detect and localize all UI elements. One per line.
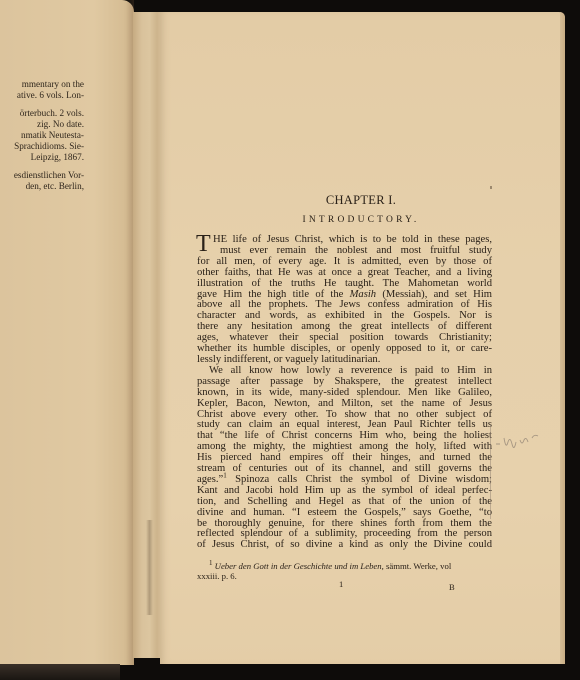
left-page-bottom-shadow <box>0 664 120 680</box>
text-fragment: Spinoza calls Christ the symbol of Divin… <box>227 474 492 485</box>
body-text: T HE life of Jesus Christ, which is to b… <box>197 235 492 551</box>
drop-cap: T <box>196 233 211 255</box>
left-line: zig. No date. <box>0 119 84 130</box>
footnote-title: Ueber den Gott in der Geschichte und im … <box>215 561 384 571</box>
pencil-margin-line <box>490 424 491 519</box>
left-line: Sprachidioms. Sie- <box>0 141 84 152</box>
chapter-title: CHAPTER I. <box>190 193 532 208</box>
text-line: Kepler, Bacon, Newton, and Milton, set t… <box>197 399 492 410</box>
handwritten-annotation-icon <box>494 430 544 460</box>
footnote-line: xxxiii. p. 6. <box>197 571 492 581</box>
text-line: other faiths, that He was at once a grea… <box>197 268 492 279</box>
left-line: mmentary on the <box>0 79 84 90</box>
chapter-subtitle: INTRODUCTORY. <box>190 215 532 225</box>
spacer <box>0 163 84 170</box>
left-page: mmentary on the ative. 6 vols. Lon- örte… <box>0 0 134 665</box>
right-page-edge <box>560 12 565 664</box>
left-line: nmatik Neutesta- <box>0 130 84 141</box>
text-line: divine and human. “I esteem the Gospels,… <box>197 508 492 519</box>
text-line: known, in its wide, many-sided splendour… <box>197 388 492 399</box>
left-line: esdienstlichen Vor- <box>0 170 84 181</box>
footnote-text: sämmt. Werke, vol <box>384 561 451 571</box>
footnote: 1 Ueber den Gott in der Geschichte und i… <box>197 561 492 581</box>
footnote-marker: 1 <box>209 559 213 567</box>
text-fragment: (Messiah), and set Him <box>376 289 492 300</box>
left-line: ative. 6 vols. Lon- <box>0 90 84 101</box>
pencil-tick-mark <box>490 186 492 189</box>
spacer <box>0 101 84 108</box>
left-line: Leipzig, 1867. <box>0 152 84 163</box>
signature-mark: B <box>449 582 455 592</box>
text-fragment: ages.” <box>197 474 223 485</box>
gutter-shadow <box>146 520 153 615</box>
left-page-text: mmentary on the ative. 6 vols. Lon- örte… <box>0 79 84 192</box>
italic-term: Masih <box>350 289 376 300</box>
text-line: of Jesus Christ, of so divine a kind as … <box>197 540 492 551</box>
page-number: 1 <box>339 579 343 589</box>
left-line: örterbuch. 2 vols. <box>0 108 84 119</box>
footnote-line: 1 Ueber den Gott in der Geschichte und i… <box>197 561 492 571</box>
book-spread: mmentary on the ative. 6 vols. Lon- örte… <box>0 0 580 680</box>
text-fragment: gave Him the high title of the <box>197 289 350 300</box>
left-line: den, etc. Berlin, <box>0 181 84 192</box>
